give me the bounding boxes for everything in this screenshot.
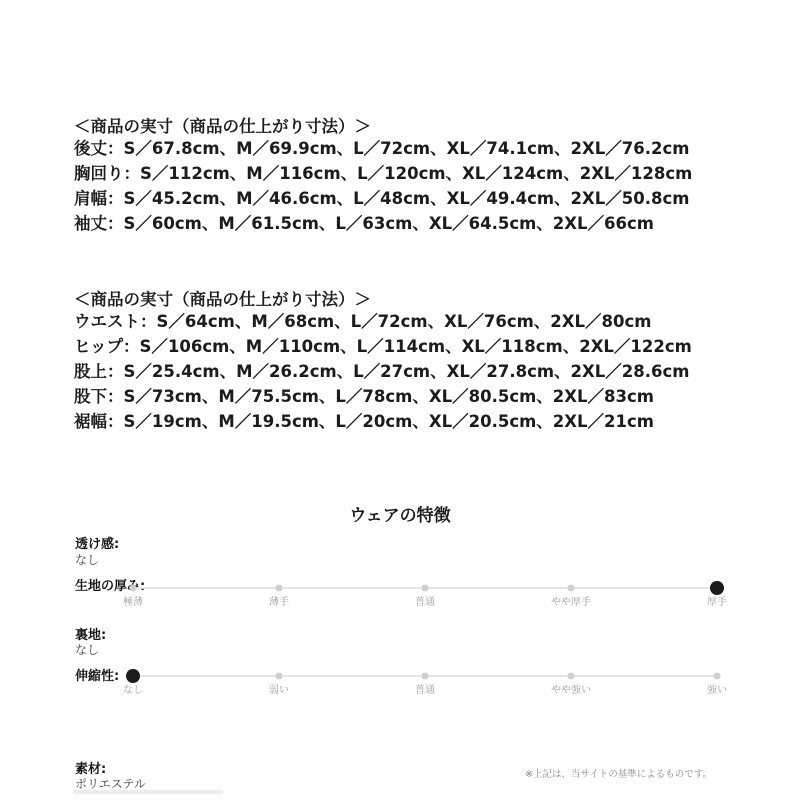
- measurement-waist: ウエスト：S／64cm、M／68cm、L／72cm、XL／76cm、2XL／80…: [74, 309, 800, 334]
- scale-dot-icon: [422, 585, 429, 592]
- stretch-scale: なし 弱い 普通 やや強い 強い: [133, 675, 717, 677]
- feature-value-lining: なし: [75, 641, 99, 658]
- scale-dot-icon: [568, 585, 575, 592]
- scale-dot-icon: [276, 673, 283, 680]
- scale-stop-label: 強い: [707, 681, 727, 696]
- scale-dot-icon: [130, 585, 137, 592]
- footnote: ※上記は、当サイトの基準によるものです。: [525, 766, 712, 780]
- fabric-thickness-scale: 極薄 薄手 普通 やや厚手 厚手: [133, 587, 717, 589]
- measurement-hem-width: 裾幅：S／19cm、M／19.5cm、L／20cm、XL／20.5cm、2XL／…: [74, 409, 800, 434]
- scale-dot-icon: [422, 673, 429, 680]
- measurement-back-length: 後丈：S／67.8cm、M／69.9cm、L／72cm、XL／74.1cm、2X…: [74, 136, 800, 161]
- measurement-sleeve-length: 袖丈：S／60cm、M／61.5cm、L／63cm、XL／64.5cm、2XL／…: [74, 211, 800, 236]
- scale-dot-icon: [276, 585, 283, 592]
- feature-label-stretch: 伸縮性:: [75, 665, 119, 684]
- measurement-inseam: 股下：S／73cm、M／75.5cm、L／78cm、XL／80.5cm、2XL／…: [74, 384, 800, 409]
- scale-stop-label: やや厚手: [551, 593, 591, 608]
- measurement-shoulder-width: 肩幅：S／45.2cm、M／46.6cm、L／48cm、XL／49.4cm、2X…: [74, 186, 800, 211]
- size-section-heading: ＜商品の実寸（商品の仕上がり寸法）＞: [74, 290, 800, 309]
- scale-stop-label: やや強い: [551, 681, 591, 696]
- features-title: ウェアの特徴: [0, 501, 800, 526]
- cutoff-content-artifact: [73, 790, 223, 794]
- measurement-chest: 胸回り：S／112cm、M／116cm、L／120cm、XL／124cm、2XL…: [74, 161, 800, 186]
- feature-value-sheerness: なし: [75, 551, 99, 568]
- feature-label-sheerness: 透け感:: [75, 533, 119, 552]
- size-section-bottoms: ＜商品の実寸（商品の仕上がり寸法）＞ ウエスト：S／64cm、M／68cm、L／…: [74, 290, 800, 434]
- scale-stop-label: 極薄: [123, 593, 143, 608]
- scale-stop-label: 厚手: [707, 593, 727, 608]
- scale-stop-label: 薄手: [269, 593, 289, 608]
- scale-stop-label: 弱い: [269, 681, 289, 696]
- scale-dot-icon: [568, 673, 575, 680]
- measurement-rise: 股上：S／25.4cm、M／26.2cm、L／27cm、XL／27.8cm、2X…: [74, 359, 800, 384]
- size-section-tops: ＜商品の実寸（商品の仕上がり寸法）＞ 後丈：S／67.8cm、M／69.9cm、…: [74, 117, 800, 236]
- scale-stop-label: なし: [123, 681, 143, 696]
- measurement-hip: ヒップ：S／106cm、M／110cm、L／114cm、XL／118cm、2XL…: [74, 334, 800, 359]
- scale-stop-label: 普通: [415, 593, 435, 608]
- size-section-heading: ＜商品の実寸（商品の仕上がり寸法）＞: [74, 117, 800, 136]
- scale-dot-icon: [714, 673, 721, 680]
- scale-stop-label: 普通: [415, 681, 435, 696]
